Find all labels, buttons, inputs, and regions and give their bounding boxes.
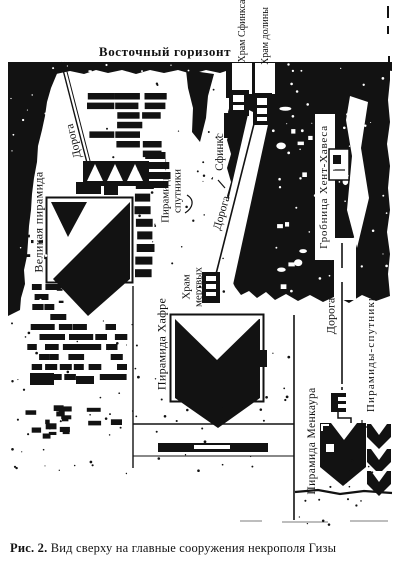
scanned-book-figure-page: Восточный горизонт Храм Сфинкса Храм дол… — [0, 0, 394, 565]
menkaure-pyramid-shape — [320, 423, 366, 486]
great-pyramid-shape — [47, 198, 133, 317]
khafre-mortuary-temple — [202, 272, 220, 303]
label-valley-temple: Храм долины — [261, 7, 272, 65]
label-menkaure-satellite-pyramids: Пирамиды-спутники — [366, 294, 378, 412]
label-east-horizon: Восточный горизонт — [99, 45, 231, 59]
menkaure-mortuary-temple — [331, 393, 351, 424]
rock-outcrop — [186, 70, 214, 142]
boat-pits-row — [135, 181, 155, 277]
label-great-pyramid: Великая пирамида — [33, 171, 46, 272]
khentkawes-tomb-structure — [329, 149, 349, 180]
menkaure-satellite-pyramids — [367, 424, 391, 496]
figure-caption-number: Рис. 2. — [10, 541, 47, 555]
label-sphinx: Сфинкс — [214, 133, 226, 171]
label-road-east: Дорога — [325, 298, 338, 334]
sphinx-temple-structure — [229, 90, 249, 116]
label-khufu-satellite-pyramids: Пирамиды — спутники — [160, 159, 183, 223]
scan-artifacts — [387, 6, 390, 65]
figure-caption: Рис. 2. Вид сверху на главные сооружения… — [10, 541, 336, 556]
label-mortuary-temple: Храм мертвых — [181, 267, 204, 307]
scan-smudge — [240, 520, 388, 523]
western-mastaba-field — [27, 284, 127, 425]
label-tomb-khentkawes: Гробница Хент-Хавеса — [319, 125, 331, 249]
sphinx-enclosure — [224, 113, 242, 138]
figure-caption-text: Вид сверху на главные сооружения некропо… — [51, 541, 337, 555]
label-pyramid-khafre: Пирамида Хафре — [156, 298, 169, 390]
khafre-pyramid-shape — [171, 315, 264, 429]
valley-temple-structure — [253, 93, 272, 125]
label-sphinx-temple: Храм Сфинкса — [238, 0, 249, 62]
khufu-satellite-pyramids — [83, 161, 149, 186]
label-pyramid-menkaure: Пирамида Менкаура — [306, 387, 318, 494]
